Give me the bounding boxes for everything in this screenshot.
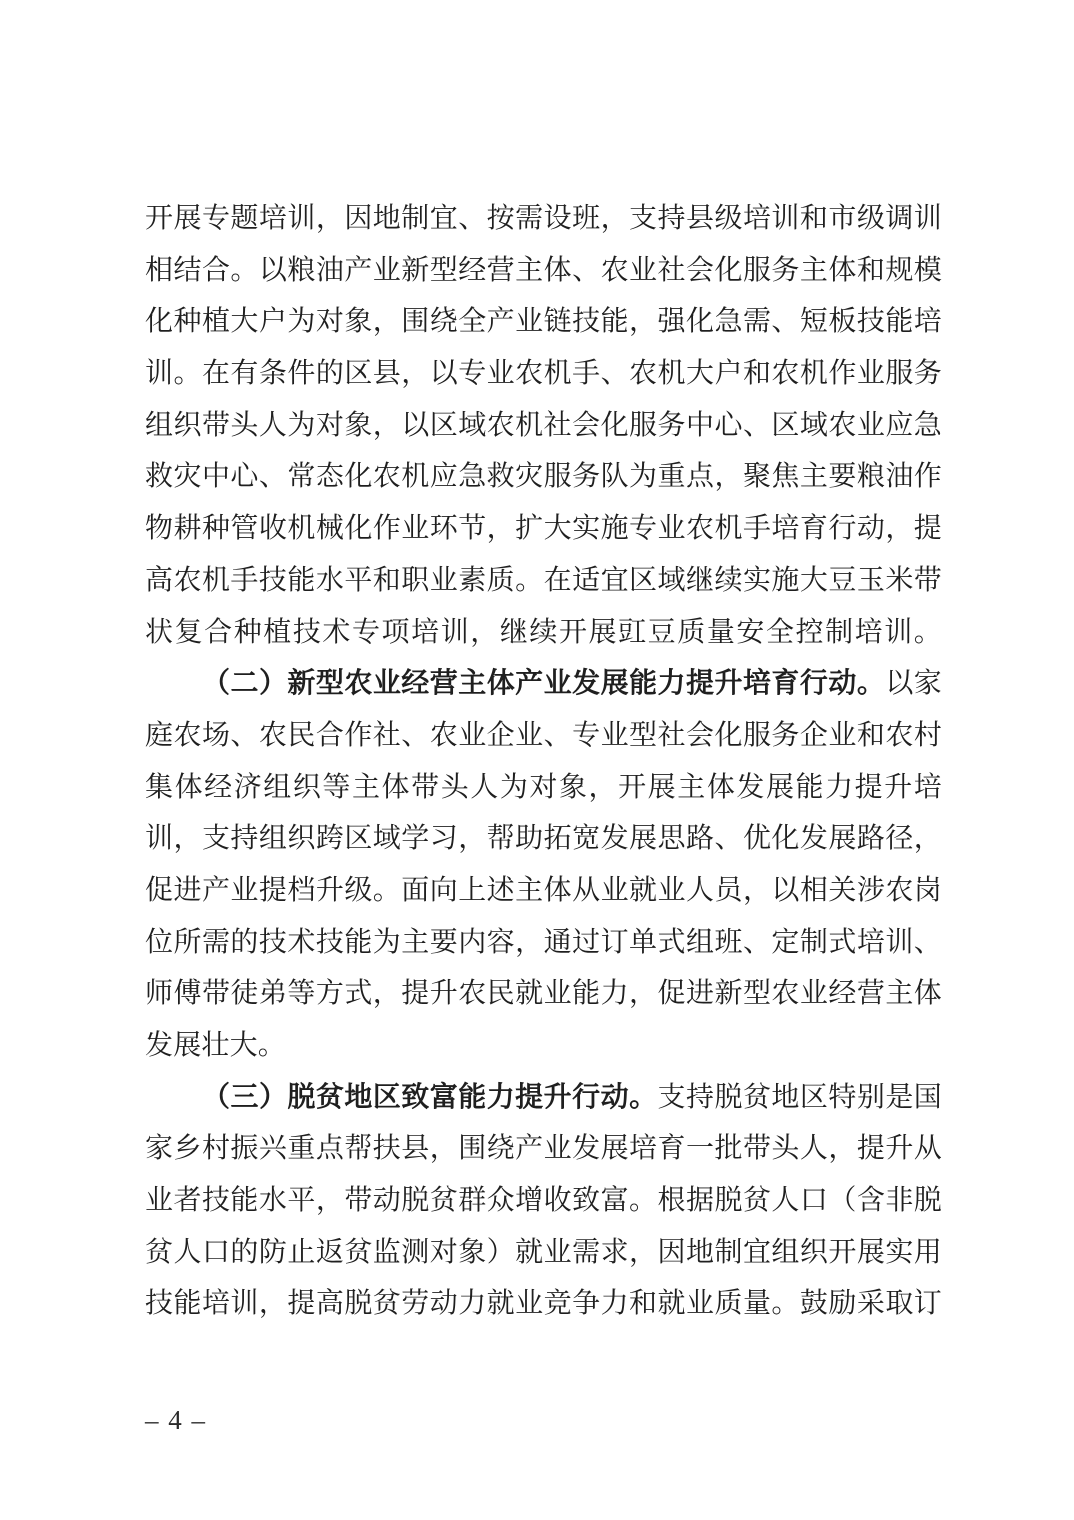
line-text: 位所需的技术技能为主要内容，通过订单式组班、定制式培训、 — [145, 927, 942, 958]
paragraph-end-line: 发展壮大。 — [145, 1020, 942, 1072]
text-line: 高农机手技能水平和职业素质。在适宜区域继续实施大豆玉米带 — [145, 555, 942, 607]
line-text: 训。在有条件的区县，以专业农机手、农机大户和农机作业服务 — [145, 358, 942, 389]
line-text: 状复合种植技术专项培训，继续开展豇豆质量安全控制培训。 — [145, 617, 942, 648]
line-text: 家乡村振兴重点帮扶县，围绕产业发展培育一批带头人，提升从 — [145, 1133, 942, 1164]
line-text: 发展壮大。 — [145, 1030, 286, 1061]
section-heading-bold: （二）新型农业经营主体产业发展能力提升培育行动。 — [202, 668, 885, 699]
line-text: 技能培训，提高脱贫劳动力就业竞争力和就业质量。鼓励采取订 — [145, 1288, 942, 1319]
section-heading-line: （二）新型农业经营主体产业发展能力提升培育行动。以家 — [145, 658, 942, 710]
line-text: 支持脱贫地区特别是国 — [658, 1082, 942, 1113]
text-line: 位所需的技术技能为主要内容，通过订单式组班、定制式培训、 — [145, 917, 942, 969]
text-line: 技能培训，提高脱贫劳动力就业竞争力和就业质量。鼓励采取订 — [145, 1278, 942, 1330]
document-page: 开展专题培训，因地制宜、按需设班，支持县级培训和市级调训 相结合。以粮油产业新型… — [0, 0, 1074, 1520]
text-line: 化种植大户为对象，围绕全产业链技能，强化急需、短板技能培 — [145, 296, 942, 348]
text-line: 业者技能水平，带动脱贫群众增收致富。根据脱贫人口（含非脱 — [145, 1175, 942, 1227]
text-line: 训，支持组织跨区域学习，帮助拓宽发展思路、优化发展路径， — [145, 813, 942, 865]
line-text: 开展专题培训，因地制宜、按需设班，支持县级培训和市级调训 — [145, 203, 942, 234]
page-number: – 4 – — [145, 1405, 207, 1435]
text-line: 物耕种管收机械化作业环节，扩大实施专业农机手培育行动，提 — [145, 503, 942, 555]
text-line: 状复合种植技术专项培训，继续开展豇豆质量安全控制培训。 — [145, 607, 942, 659]
line-text: 训，支持组织跨区域学习，帮助拓宽发展思路、优化发展路径， — [145, 823, 942, 854]
line-text: 化种植大户为对象，围绕全产业链技能，强化急需、短板技能培 — [145, 306, 942, 337]
line-text: 物耕种管收机械化作业环节，扩大实施专业农机手培育行动，提 — [145, 513, 942, 544]
text-line: 师傅带徒弟等方式，提升农民就业能力，促进新型农业经营主体 — [145, 968, 942, 1020]
text-line: 集体经济组织等主体带头人为对象，开展主体发展能力提升培 — [145, 762, 942, 814]
text-line: 庭农场、农民合作社、农业企业、专业型社会化服务企业和农村 — [145, 710, 942, 762]
line-text: 集体经济组织等主体带头人为对象，开展主体发展能力提升培 — [145, 772, 942, 803]
line-text: 以家 — [885, 668, 942, 699]
text-line: 开展专题培训，因地制宜、按需设班，支持县级培训和市级调训 — [145, 193, 942, 245]
line-text: 高农机手技能水平和职业素质。在适宜区域继续实施大豆玉米带 — [145, 565, 942, 596]
line-text: 贫人口的防止返贫监测对象）就业需求，因地制宜组织开展实用 — [145, 1237, 942, 1268]
line-text: 庭农场、农民合作社、农业企业、专业型社会化服务企业和农村 — [145, 720, 942, 751]
text-line: 救灾中心、常态化农机应急救灾服务队为重点，聚焦主要粮油作 — [145, 451, 942, 503]
line-text: 促进产业提档升级。面向上述主体从业就业人员，以相关涉农岗 — [145, 875, 942, 906]
text-line: 贫人口的防止返贫监测对象）就业需求，因地制宜组织开展实用 — [145, 1227, 942, 1279]
text-line: 家乡村振兴重点帮扶县，围绕产业发展培育一批带头人，提升从 — [145, 1123, 942, 1175]
text-line: 训。在有条件的区县，以专业农机手、农机大户和农机作业服务 — [145, 348, 942, 400]
text-line: 组织带头人为对象，以区域农机社会化服务中心、区域农业应急 — [145, 400, 942, 452]
text-line: 相结合。以粮油产业新型经营主体、农业社会化服务主体和规模 — [145, 245, 942, 297]
section-heading-line: （三）脱贫地区致富能力提升行动。支持脱贫地区特别是国 — [145, 1072, 942, 1124]
text-line: 促进产业提档升级。面向上述主体从业就业人员，以相关涉农岗 — [145, 865, 942, 917]
document-body: 开展专题培训，因地制宜、按需设班，支持县级培训和市级调训 相结合。以粮油产业新型… — [145, 193, 942, 1330]
line-text: 业者技能水平，带动脱贫群众增收致富。根据脱贫人口（含非脱 — [145, 1185, 942, 1216]
line-text: 救灾中心、常态化农机应急救灾服务队为重点，聚焦主要粮油作 — [145, 461, 942, 492]
line-text: 师傅带徒弟等方式，提升农民就业能力，促进新型农业经营主体 — [145, 978, 942, 1009]
line-text: 组织带头人为对象，以区域农机社会化服务中心、区域农业应急 — [145, 410, 942, 441]
line-text: 相结合。以粮油产业新型经营主体、农业社会化服务主体和规模 — [145, 255, 942, 286]
section-heading-bold: （三）脱贫地区致富能力提升行动。 — [202, 1082, 658, 1113]
